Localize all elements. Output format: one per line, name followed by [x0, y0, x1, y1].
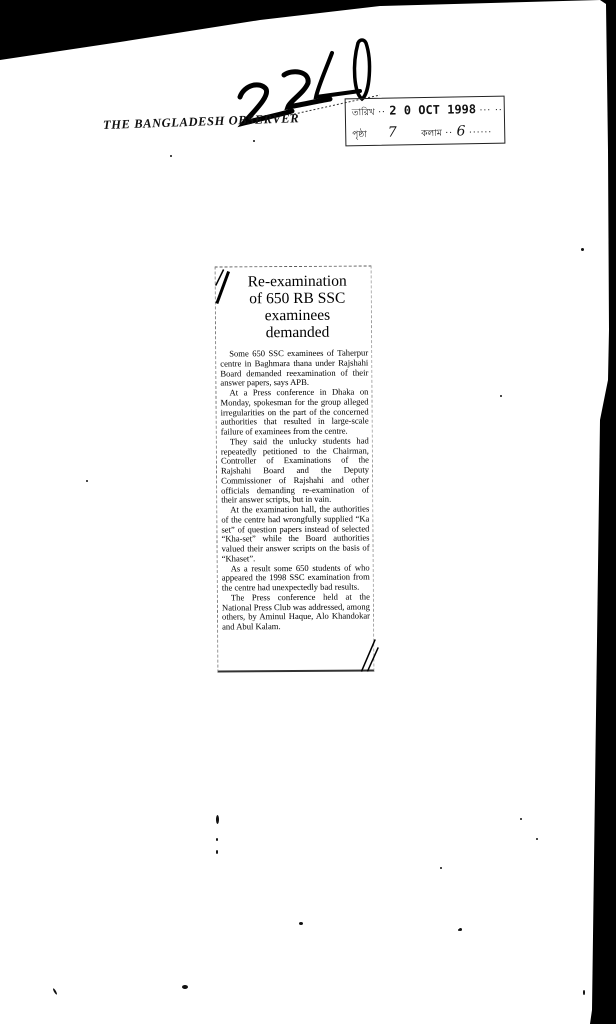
article-paragraph: At a Press conference in Dhaka on Monday… [220, 387, 368, 437]
headline-line: demanded [226, 323, 369, 341]
article-paragraph: Some 650 SSC examinees of Taherpur centr… [220, 348, 368, 388]
stamp-page-label: পৃষ্ঠা [352, 130, 367, 140]
headline-line: of 650 RB SSC [226, 289, 369, 307]
scan-speck [253, 140, 255, 142]
scan-speck [216, 850, 218, 854]
scan-speck [86, 480, 88, 482]
headline-line: Re-examination [226, 272, 369, 290]
scan-speck [170, 155, 172, 157]
article-paragraph: At the examination hall, the au­thoritie… [221, 504, 369, 564]
scan-speck [299, 922, 303, 925]
archive-date-stamp: তারিখ ·· 2 0 OCT 1998 ··· ·· পৃষ্ঠা 7 কল… [345, 96, 506, 147]
scan-speck [216, 815, 219, 824]
scan-speck [182, 985, 188, 989]
stamp-column-value: 6 [456, 123, 465, 139]
headline-line: examinees [226, 306, 369, 324]
scan-speck [216, 838, 218, 841]
scan-speck [581, 248, 584, 251]
scan-speck [440, 867, 442, 869]
scan-speck [583, 990, 585, 995]
stamp-date-row: তারিখ ·· 2 0 OCT 1998 ··· ·· [352, 102, 500, 121]
scan-speck [536, 838, 538, 840]
scanned-page: THE BANGLADESH OBSERVER তারিখ ·· 2 0 OCT… [0, 0, 616, 1024]
article-paragraph: The Press conference held at the Nationa… [222, 592, 370, 632]
scan-speck [52, 988, 57, 995]
stamp-page-row: পৃষ্ঠা 7 কলাম ·· 6 ······ [352, 123, 500, 143]
stamp-column-label: কলাম [421, 129, 442, 139]
article-paragraph: They said the unlucky students had repea… [221, 436, 369, 505]
stamp-page-value: 7 [388, 124, 397, 140]
stamp-date-label: তারিখ [352, 108, 375, 118]
cut-mark-icon [359, 633, 379, 673]
stamp-date-value: 2 0 OCT 1998 [389, 102, 476, 118]
scan-speck [500, 395, 502, 397]
article-body: Some 650 SSC examinees of Taherpur centr… [220, 348, 370, 632]
article-clipping: Re-examination of 650 RB SSC examinees d… [215, 265, 375, 672]
article-paragraph: As a result some 650 students of who app… [222, 563, 370, 593]
article-headline: Re-examination of 650 RB SSC examinees d… [226, 272, 369, 341]
scan-speck [520, 818, 522, 820]
scan-speck [458, 929, 460, 931]
